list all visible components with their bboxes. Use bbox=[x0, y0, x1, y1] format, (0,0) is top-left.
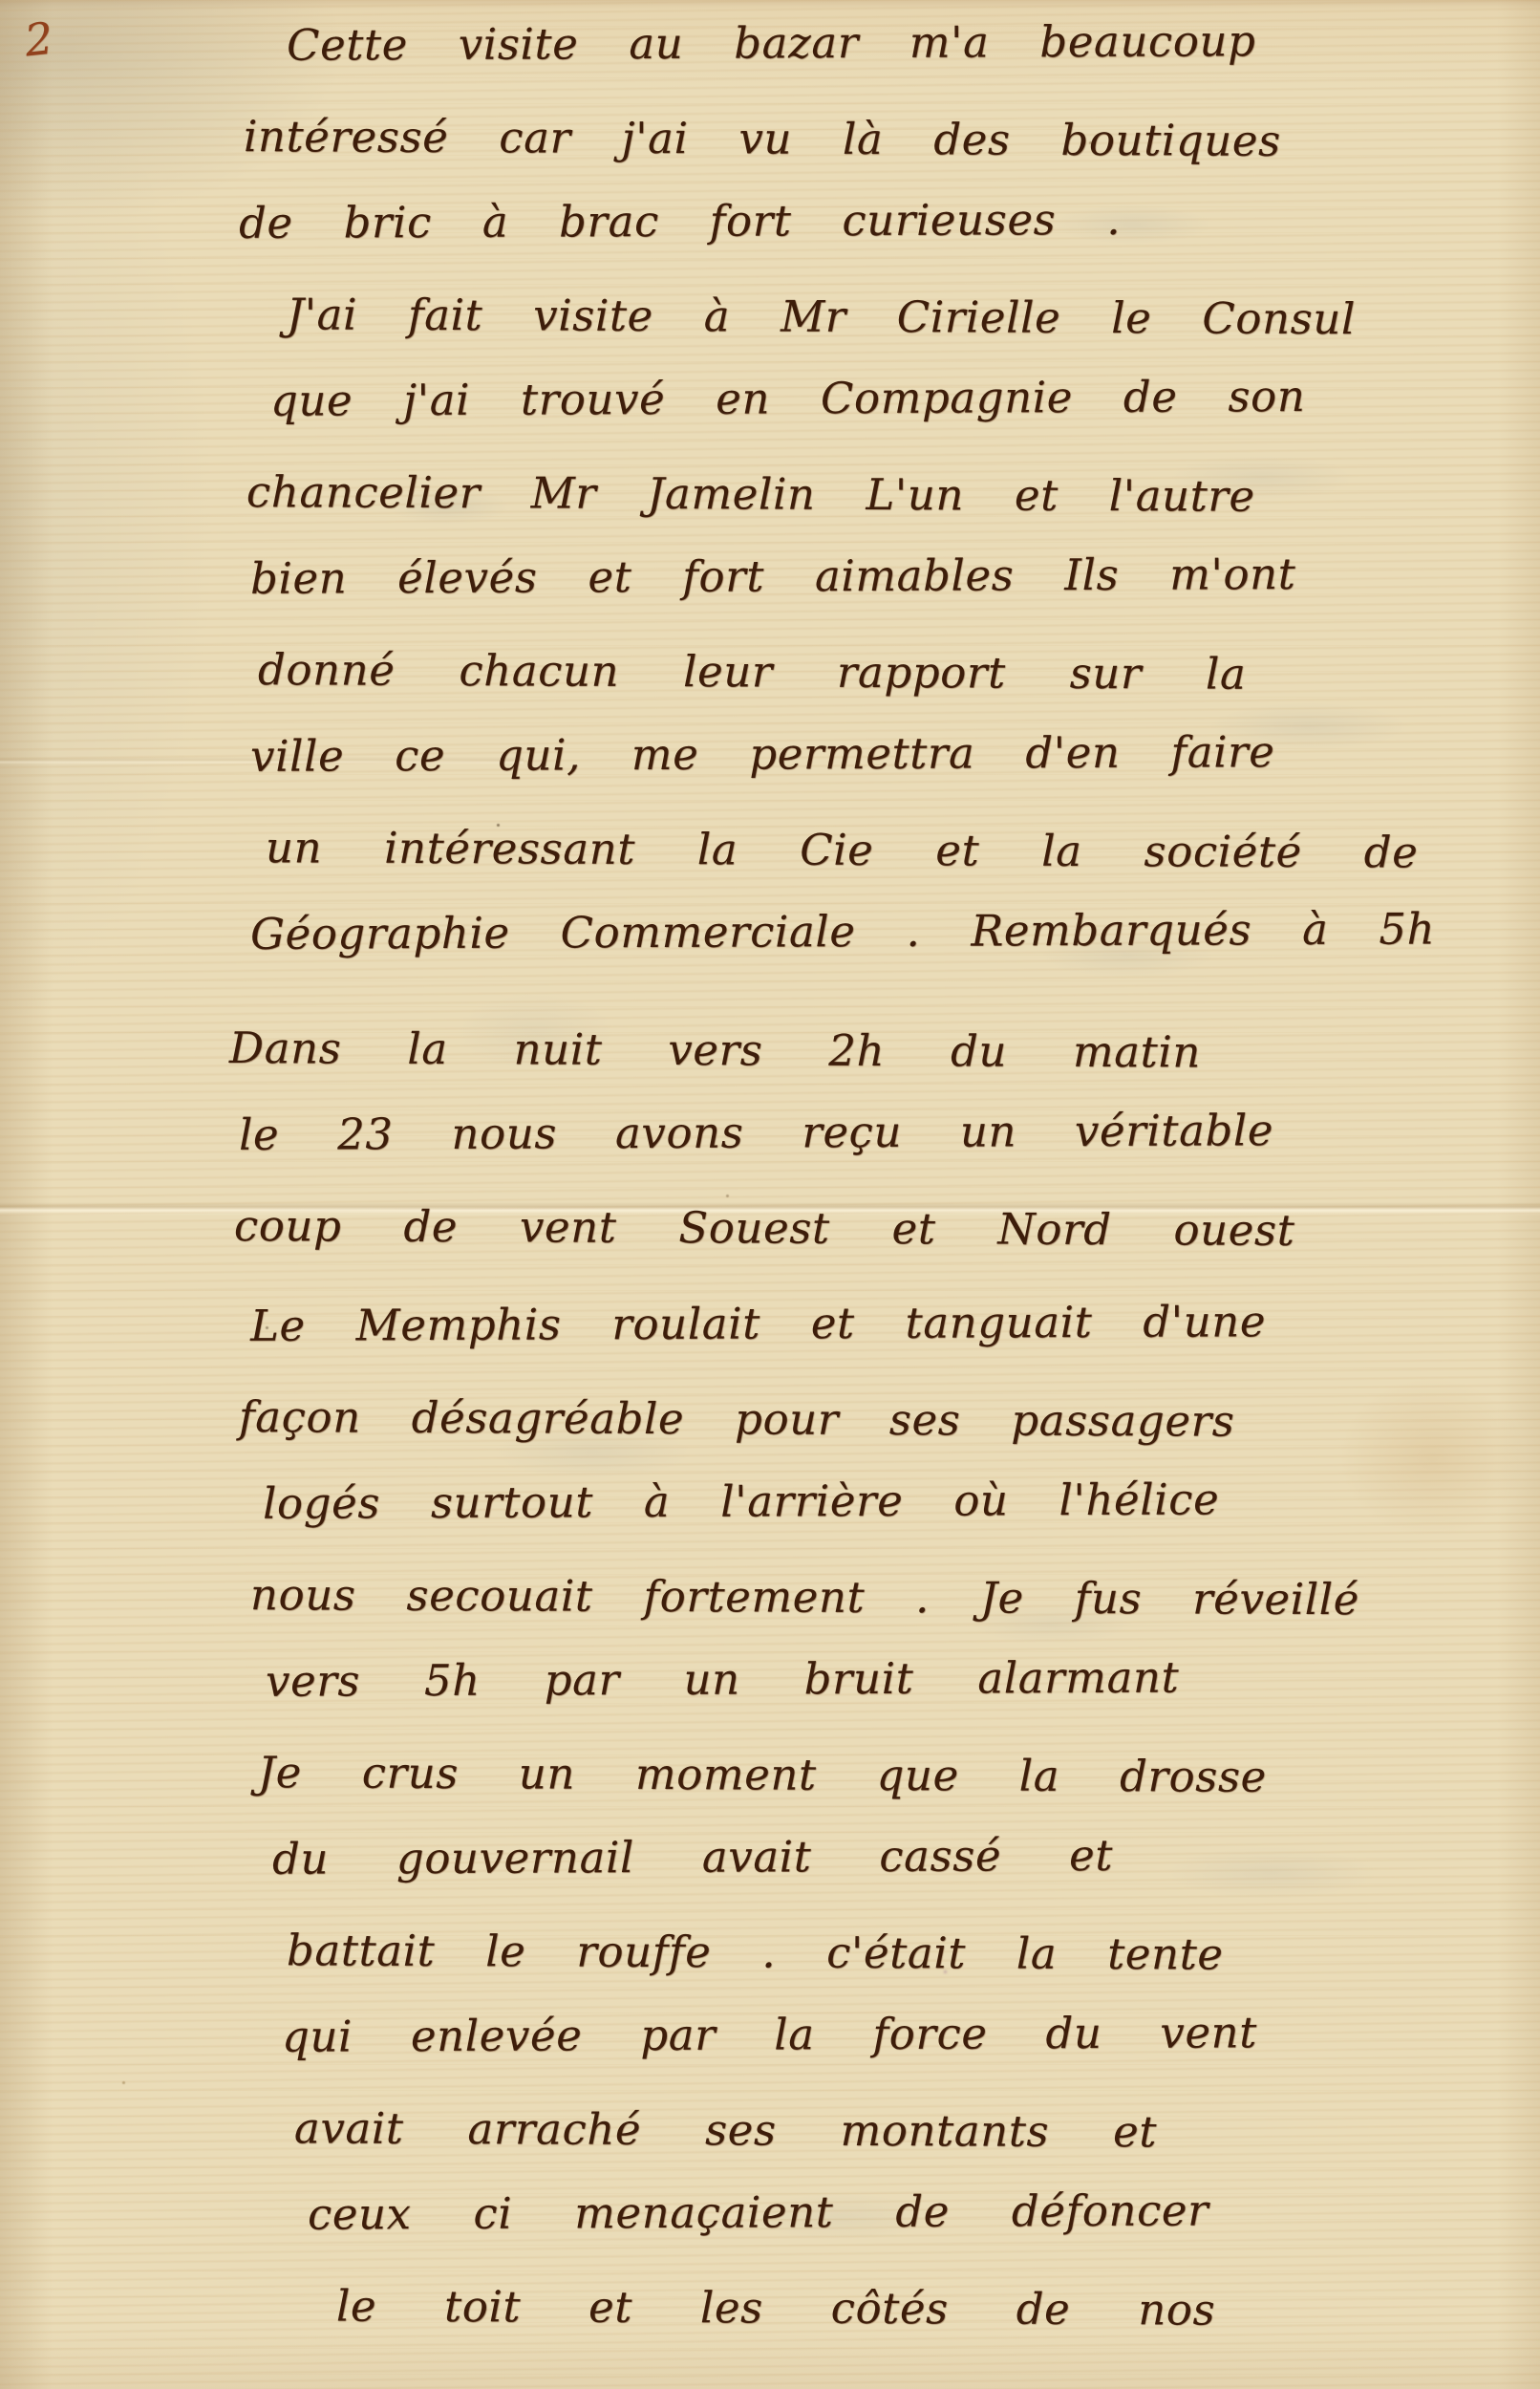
manuscript-line: Le Memphis roulait et tanguait d'une bbox=[0, 1276, 1540, 1371]
manuscript-line: avait arraché ses montants et bbox=[0, 2082, 1540, 2178]
manuscript-line: un intéressant la Cie et la société de bbox=[0, 802, 1540, 897]
manuscript-line: ceux ci menaçaient de défoncer bbox=[0, 2164, 1540, 2260]
manuscript-line: Dans la nuit vers 2h du matin bbox=[0, 1002, 1540, 1098]
manuscript-line: le toit et les côtés de nos bbox=[0, 2260, 1540, 2356]
manuscript-line: façon désagréable pour ses passagers bbox=[0, 1371, 1540, 1467]
manuscript-line: qui enlevée par la force du vent bbox=[0, 1987, 1540, 2082]
manuscript-line: de bric à brac fort curieuses . bbox=[0, 173, 1540, 269]
manuscript-line: chancelier Mr Jamelin L'un et l'autre bbox=[0, 446, 1540, 542]
manuscript-line: logés surtout à l'arrière où l'hélice bbox=[0, 1453, 1540, 1549]
manuscript-line: bien élevés et fort aimables Ils m'ont bbox=[0, 528, 1540, 624]
manuscript-line: le 23 nous avons reçu un véritable bbox=[0, 1085, 1540, 1180]
manuscript-line: intéressé car j'ai vu là des boutiques bbox=[0, 91, 1540, 186]
manuscript-page: 2 Cette visite au bazar m'a beaucoup int… bbox=[0, 0, 1540, 2389]
manuscript-line: Cette visite au bazar m'a beaucoup bbox=[0, 0, 1540, 91]
manuscript-line: donné chacun leur rapport sur la bbox=[0, 624, 1540, 720]
manuscript-line: nous secouait fortement . Je fus réveill… bbox=[0, 1549, 1540, 1645]
manuscript-line: que j'ai trouvé en Compagnie de son bbox=[0, 351, 1540, 446]
manuscript-line: Je crus un moment que la drosse bbox=[0, 1727, 1540, 1822]
manuscript-line: ville ce qui, me permettra d'en faire bbox=[0, 706, 1540, 802]
manuscript-line: J'ai fait visite à Mr Cirielle le Consul bbox=[0, 269, 1540, 364]
manuscript-line: coup de vent Souest et Nord ouest bbox=[0, 1180, 1540, 1276]
manuscript-line: vers 5h par un bruit alarmant bbox=[0, 1631, 1540, 1727]
manuscript-line: du gouvernail avait cassé et bbox=[0, 1809, 1540, 1905]
letter-body: Cette visite au bazar m'a beaucoup intér… bbox=[0, 2, 1540, 2349]
manuscript-line: Géographie Commerciale . Rembarqués à 5h bbox=[0, 884, 1540, 979]
manuscript-line: battait le rouffe . c'était la tente bbox=[0, 1905, 1540, 2000]
